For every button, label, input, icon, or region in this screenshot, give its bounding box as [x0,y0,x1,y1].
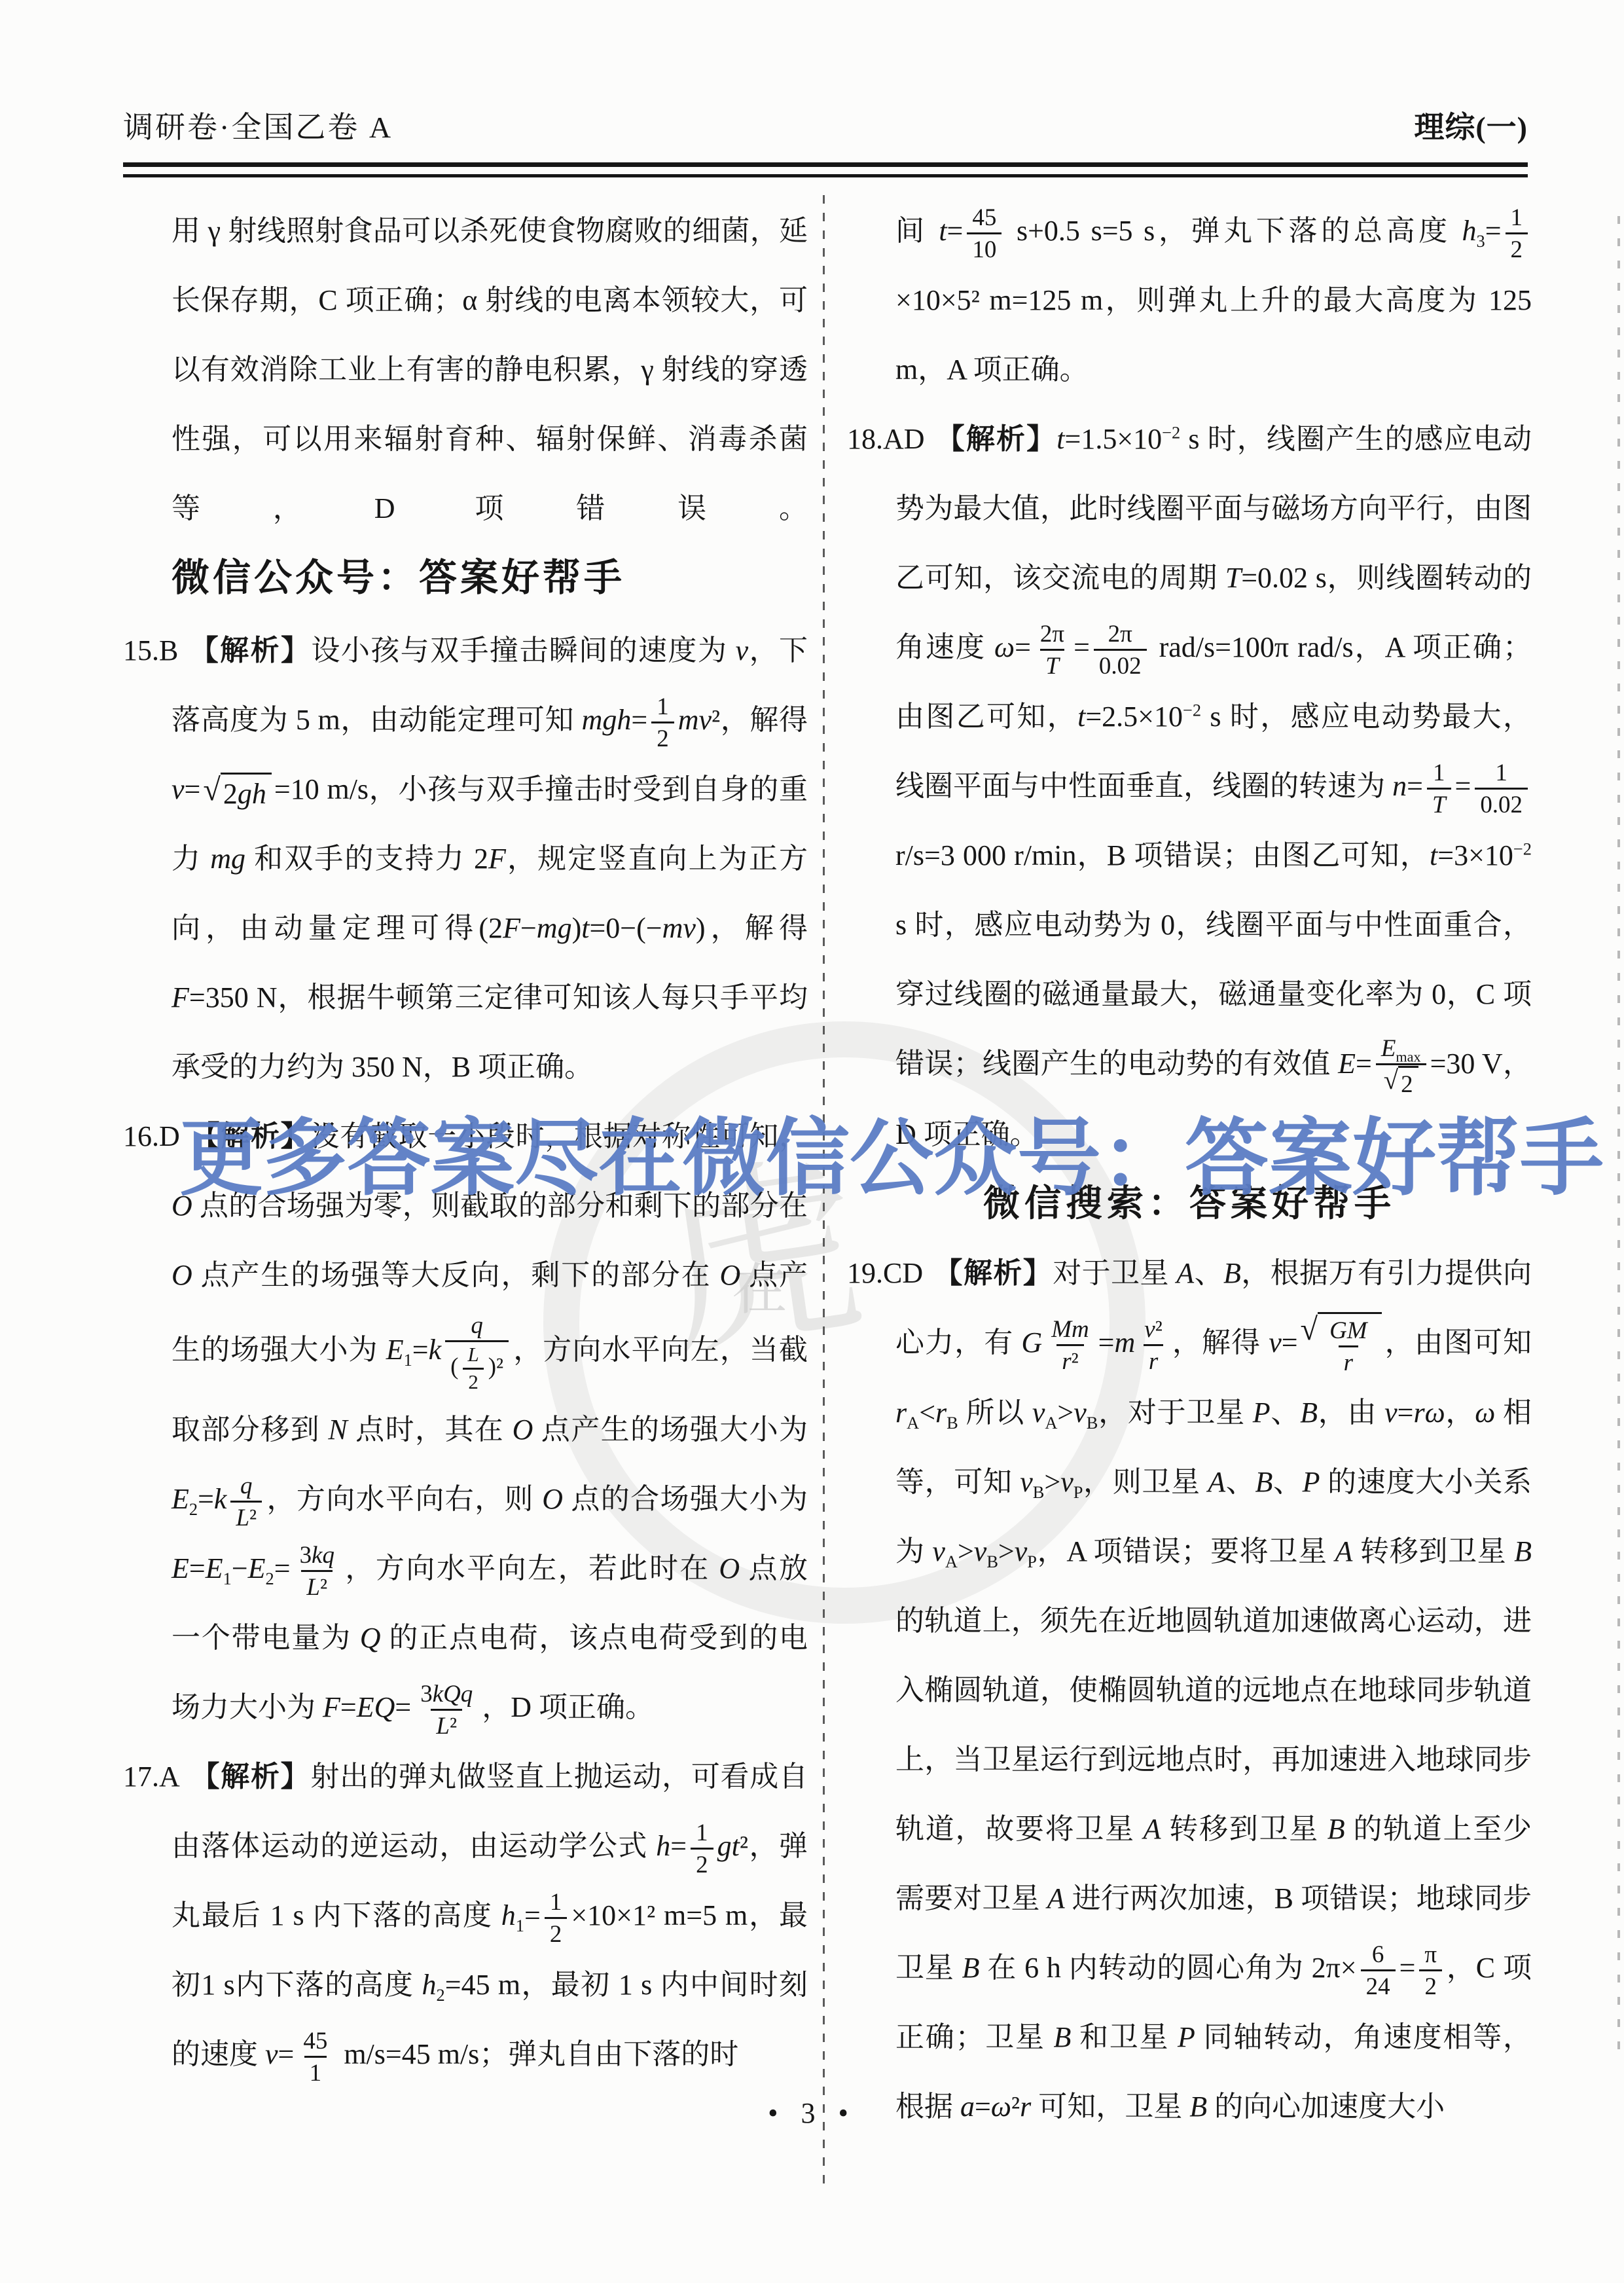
question-number: 19.CD [847,1257,933,1289]
question-number: 15.B [123,634,189,667]
header-subject-title: 理综(一) [1414,103,1528,147]
page-header: 调研卷·全国乙卷 A 理综(一) [123,103,1528,147]
continuation-paragraph: 用 γ 射线照射食品可以杀死使食物腐败的细菌，延长保存期，C 项正确；α 射线的… [123,196,808,616]
answer-item-19.CD: 19.CD【解析】对于卫星 A、B，根据万有引力提供向心力，有 GMmr²=mv… [847,1239,1532,2142]
exam-answer-page: 调研卷·全国乙卷 A 理综(一) 虎 在 用 γ 射线照射食品可以杀死使食物腐败… [0,0,1624,2283]
continuation-paragraph: 间 t=4510 s+0.5 s=5 s，弹丸下落的总高度 h3=12×10×5… [847,196,1532,405]
header-double-rule [123,162,1528,177]
promo-inline-text: 微信公众号：答案好帮手 [171,557,625,599]
question-number: 18.AD [847,423,935,455]
answer-item-18.AD: 18.AD【解析】t=1.5×10−2 s 时，线圈产生的感应电动势为最大值，此… [847,405,1532,1169]
page-number: • 3 • [0,2096,1624,2130]
answer-item-15.B: 15.B【解析】设小孩与双手撞击瞬间的速度为 v，下落高度为 5 m，由动能定理… [123,616,808,1102]
question-number: 17.A [123,1761,190,1793]
scan-edge-marks [1617,216,1620,2049]
header-volume-title: 调研卷·全国乙卷 A [123,103,393,147]
answer-item-17.A: 17.A【解析】射出的弹丸做竖直上抛运动，可看成自由落体运动的逆运动，由运动学公… [123,1742,808,2089]
promo-banner-watermark: 更多答案尽在微信公众号：答案好帮手 [179,1091,1604,1211]
